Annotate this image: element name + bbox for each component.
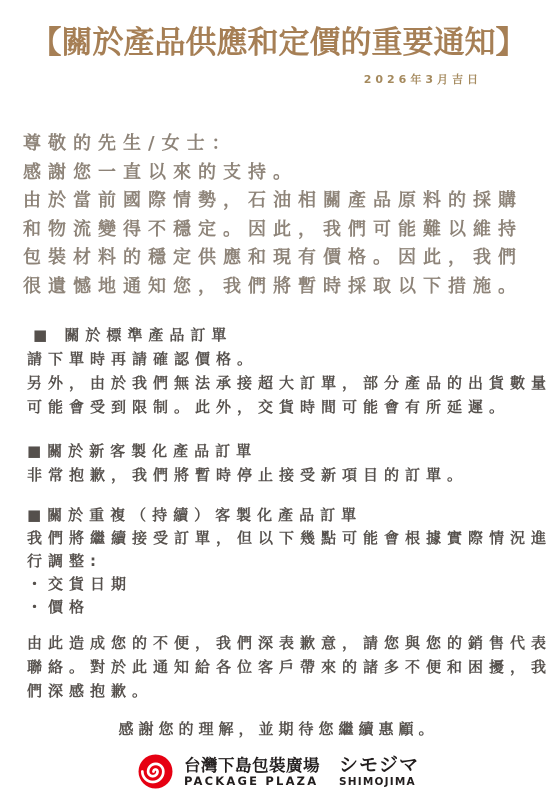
notice-page: 【關於產品供應和定價的重要通知】 2026年3月吉日 尊敬的先生/女士：感謝您一… bbox=[0, 0, 557, 795]
section-repeat-custom-orders: ■關於重複（持續）客製化產品訂單 我們將繼續接受訂單，但以下幾點可能會根據實際情… bbox=[27, 503, 557, 619]
intro-paragraph: 尊敬的先生/女士：感謝您一直以來的支持。由於當前國際情勢，石油相關產品原料的採購… bbox=[23, 130, 557, 301]
brand-name-en2: SHIMOJIMA bbox=[339, 776, 416, 788]
section-body: 非常抱歉，我們將暫時停止接受新項目的訂單。 bbox=[27, 463, 557, 487]
section-heading: ■關於新客製化產品訂單 bbox=[27, 439, 557, 463]
brand-name-cjk: 台灣下島包裝廣場 bbox=[184, 756, 320, 775]
section-heading: ■關於重複（持續）客製化產品訂單 bbox=[27, 503, 557, 527]
closing-paragraph: 由此造成您的不便，我們深表歉意，請您與您的銷售代表聯絡。對於此通知給各位客戶帶來… bbox=[27, 631, 557, 703]
brand-shimojima: シモジマ SHIMOJIMA bbox=[339, 755, 419, 788]
section-new-custom-orders: ■關於新客製化產品訂單 非常抱歉，我們將暫時停止接受新項目的訂單。 bbox=[27, 439, 557, 487]
notice-title: 【關於產品供應和定價的重要通知】 bbox=[0, 22, 557, 64]
thanks-line: 感謝您的理解，並期待您繼續惠顧。 bbox=[0, 719, 557, 739]
section-standard-product-orders: ■ 關於標準產品訂單 請下單時再請確認價格。另外，由於我們無法承接超大訂單，部分… bbox=[27, 323, 557, 419]
footer-logo: 台灣下島包裝廣場 PACKAGE PLAZA シモジマ SHIMOJIMA bbox=[0, 754, 557, 789]
notice-date: 2026年3月吉日 bbox=[0, 72, 482, 88]
shimojima-swirl-icon bbox=[138, 754, 173, 789]
section-body: 請下單時再請確認價格。另外，由於我們無法承接超大訂單，部分產品的出貨數量可能會受… bbox=[27, 347, 557, 419]
brand-name-kana: シモジマ bbox=[339, 755, 419, 776]
section-body: 我們將繼續接受訂單，但以下幾點可能會根據實際情況進行調整:・交貨日期・價格 bbox=[27, 527, 557, 619]
section-heading: ■ 關於標準產品訂單 bbox=[27, 323, 557, 347]
brand-package-plaza: 台灣下島包裝廣場 PACKAGE PLAZA bbox=[184, 756, 320, 788]
brand-name-en: PACKAGE PLAZA bbox=[184, 775, 318, 788]
